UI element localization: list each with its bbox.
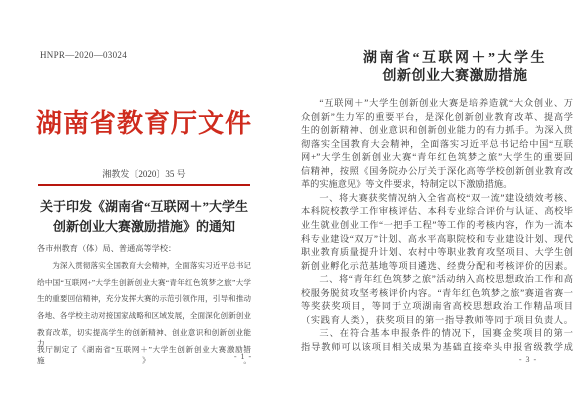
body-text-line: 业生就业创业工作“一把手工程”等工作的考核内容，作为一流本 — [301, 217, 573, 230]
body-text-line: 教育改革，切实提高学生的创新精神、创业意识和创新创业能力， — [37, 327, 251, 340]
body-text-line: （实践育人类），获奖项目的第一指导教师等同于项目负责人。 — [301, 312, 573, 325]
body-text-line: 信精神，按照《国务院办公厅关于深化高等学校创新创业教育改 — [301, 163, 573, 176]
scanned-document-spread: HNPR—2020—03024 湖南省教育厅文件 湘教发〔2020〕35 号 关… — [0, 0, 579, 406]
body-text-line: 彻落实全国教育大会精神，全面落实习近平总书记给中国“互联 — [301, 136, 573, 149]
body-text-line: 三、在符合基本申报条件的情况下，国赛金奖项目的第一 — [301, 325, 573, 338]
body-text-line: 本科院校教学工作审核评估、本科专业综合评价与认证、高校毕 — [301, 203, 573, 216]
body-text-line: 科专业建设“双万”计划、高水平高职院校和专业建设计划、现代 — [301, 231, 573, 244]
body-text-line: 众创新”生力军的重要平台，是深化创新创业教育改革、提高学 — [301, 109, 573, 122]
body-text-line: 生的重要回信精神，充分发挥大赛的示范引领作用，引导和推动 — [37, 293, 251, 306]
body-text-line: 指导教师可以该项目相关成果为基础直接牵头申报省级教学成 — [301, 339, 573, 352]
body-text-line: 我厅制定了《湖南省“互联网＋”大学生创新创业大赛激励措施》。 — [37, 344, 251, 357]
body-text-line: 一、将大赛获奖情况纳入全省高校“双一流”建设绩效考核、 — [301, 190, 573, 203]
red-divider-rule — [38, 184, 250, 186]
red-letterhead-title: 湖南省教育厅文件 — [36, 103, 252, 140]
notice-title-line-2: 创新创业大赛激励措施》的通知 — [30, 216, 258, 235]
body-text-line: 新创业孵化示范基地等项目遴选、经费分配和考核评价的因素。 — [301, 258, 573, 271]
body-text-line: 革的实施意见》等文件要求，特制定以下激励措施。 — [301, 176, 573, 189]
body-text-line: 二、将“青年红色筑梦之旅”活动纳入高校思想政治工作和高 — [301, 271, 573, 284]
body-text-line: 生的创新精神、创业意识和创新创业能力的有力抓手。为深入贯 — [301, 122, 573, 135]
page-number-right: - 3 - — [508, 355, 548, 364]
measures-title-line-1: 湖南省“互联网＋”大学生 — [330, 47, 579, 67]
notice-title-line-1: 关于印发《湖南省“互联网＋”大学生 — [30, 196, 258, 215]
body-text-line: 校服务脱贫攻坚考核评价内容。“青年红色筑梦之旅”赛道省赛一 — [301, 285, 573, 298]
body-text-line: 网+”大学生创新创业大赛“青年红色筑梦之旅”大学生的重要回 — [301, 149, 573, 162]
salutation-line: 各市州教育（体）局、普通高等学校： — [37, 243, 176, 254]
document-registration-code: HNPR—2020—03024 — [40, 50, 127, 60]
measures-title-line-2: 创新创业大赛激励措施 — [330, 65, 579, 85]
page-number-left: - 1 - — [223, 352, 263, 361]
body-text-line: 为深入贯彻落实全国教育大会精神，全面落实习近平总书记 — [37, 260, 251, 273]
body-text-line: 职业教育质量提升计划、农村中等职业教育攻坚项目、大学生创 — [301, 244, 573, 257]
body-text-line: 等奖获奖项目，等同于立项湖南省高校思想政治工作精品项目 — [301, 298, 573, 311]
body-text-line: 给中国“互联网+”大学生创新创业大赛“青年红色筑梦之旅”大学 — [37, 277, 251, 290]
body-text-line: 各地、各学校主动对接国家战略和区域发展，全面深化创新创业 — [37, 310, 251, 323]
issue-number: 湘教发〔2020〕35 号 — [38, 167, 250, 180]
body-text-line: “互联网＋”大学生创新创业大赛是培养造就“大众创业、万 — [301, 95, 573, 108]
